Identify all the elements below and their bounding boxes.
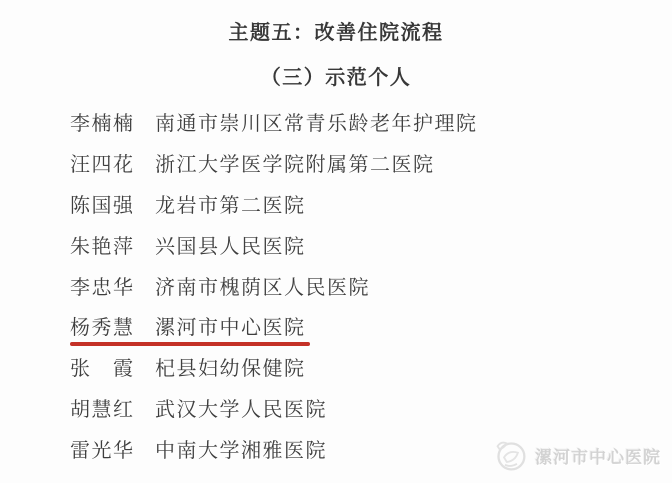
- person-name: 陈国强: [70, 189, 135, 218]
- person-name: 朱艳萍: [70, 230, 135, 259]
- list-item: 杨秀慧 漯河市中心医院: [70, 305, 630, 346]
- person-name: 雷光华: [70, 434, 135, 463]
- list-item: 张 霞 杞县妇幼保健院: [70, 346, 630, 387]
- person-hospital: 济南市槐荫区人民医院: [155, 271, 370, 300]
- list-item: 李忠华 济南市槐荫区人民医院: [70, 265, 630, 306]
- person-hospital: 杞县妇幼保健院: [155, 352, 306, 381]
- watermark-text: 漯河市中心医院: [535, 443, 661, 468]
- person-name: 杨秀慧: [70, 311, 135, 340]
- person-hospital: 中南大学湘雅医院: [155, 434, 327, 463]
- person-name: 胡慧红: [70, 393, 135, 422]
- list-item: 李楠楠 南通市崇川区常青乐龄老年护理院: [70, 101, 630, 142]
- person-hospital: 兴国县人民医院: [155, 230, 306, 259]
- person-name: 李忠华: [70, 271, 135, 300]
- person-name: 张 霞: [70, 352, 135, 381]
- person-hospital: 浙江大学医学院附属第二医院: [155, 148, 435, 177]
- list-item: 胡慧红 武汉大学人民医院: [70, 387, 630, 428]
- list-item: 汪四花 浙江大学医学院附属第二医院: [70, 142, 630, 183]
- page-subtitle: （三）示范个人: [0, 61, 672, 90]
- person-hospital: 武汉大学人民医院: [155, 393, 327, 422]
- person-list: 李楠楠 南通市崇川区常青乐龄老年护理院 汪四花 浙江大学医学院附属第二医院 陈国…: [70, 101, 630, 469]
- person-hospital: 漯河市中心医院: [155, 311, 306, 340]
- list-item: 陈国强 龙岩市第二医院: [70, 183, 630, 224]
- person-hospital: 南通市崇川区常青乐龄老年护理院: [155, 107, 478, 136]
- person-name: 李楠楠: [70, 107, 135, 136]
- person-name: 汪四花: [70, 148, 135, 177]
- watermark: 漯河市中心医院: [492, 437, 661, 474]
- hospital-emblem-icon: [492, 437, 529, 474]
- list-item: 朱艳萍 兴国县人民医院: [70, 224, 630, 265]
- person-hospital: 龙岩市第二医院: [155, 189, 306, 218]
- page-title: 主题五：改善住院流程: [0, 16, 672, 45]
